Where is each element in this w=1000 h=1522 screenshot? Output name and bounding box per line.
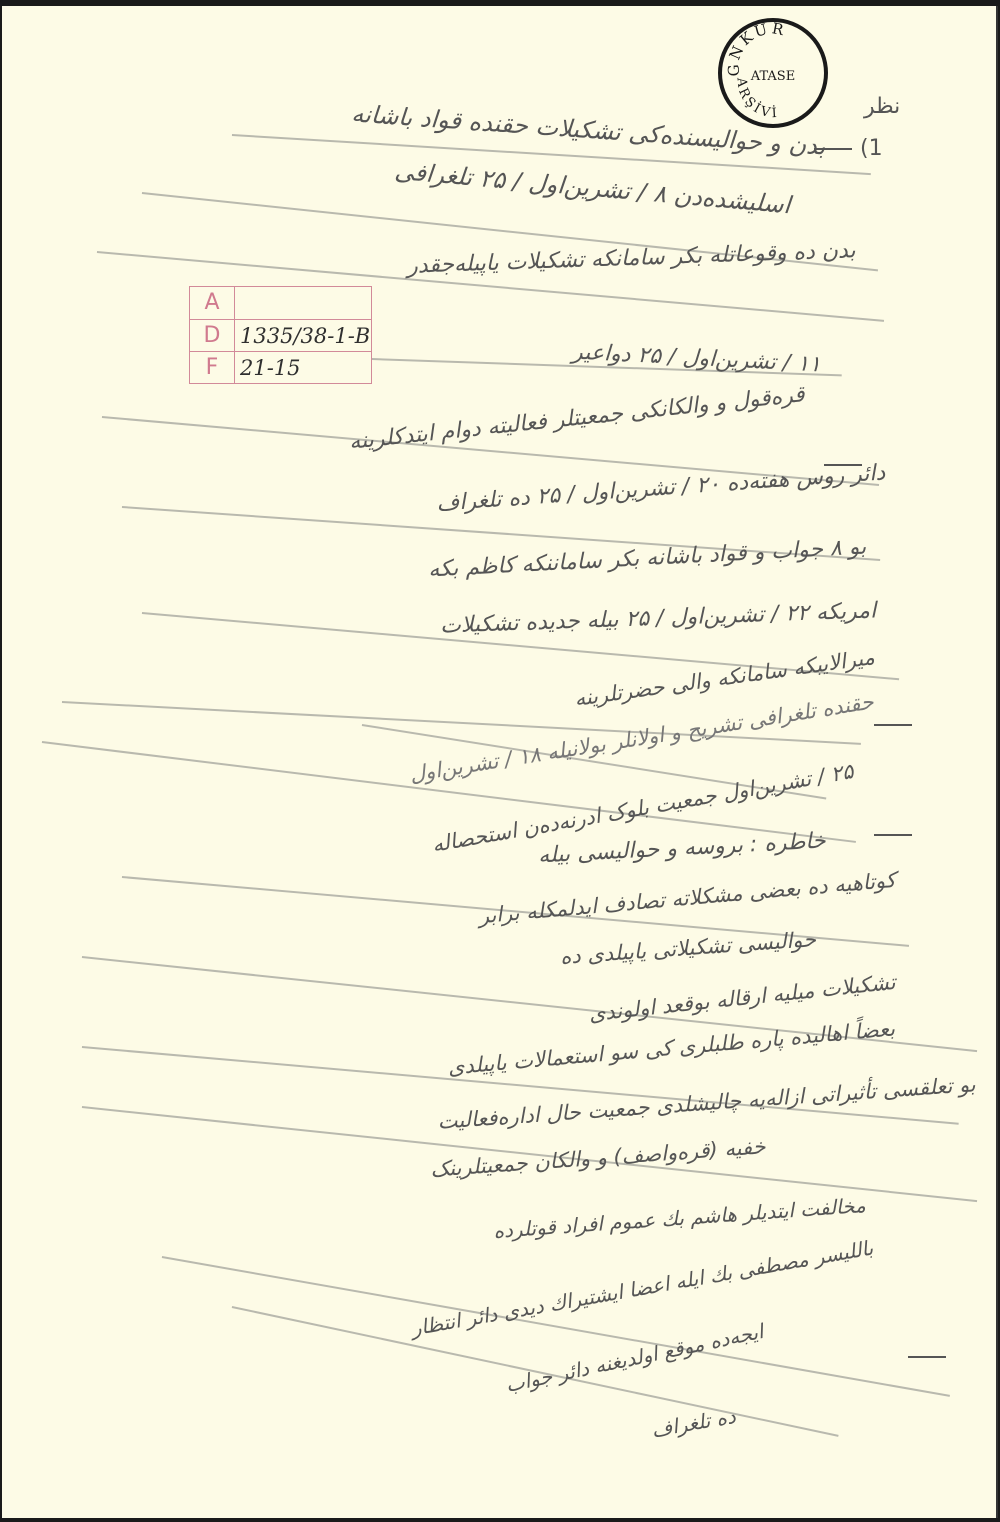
margin-note: نظر bbox=[864, 94, 900, 119]
handwritten-line: دائر روس هفته‌ده ۲۰ / تشرین‌اول / ۲۵ ده … bbox=[436, 460, 886, 516]
archive-stamp: GNKUR ATASE ARŞİVİ bbox=[718, 18, 828, 128]
margin-number: (1 bbox=[860, 136, 883, 161]
archive-value: 1335/38-1-B bbox=[240, 320, 370, 352]
archive-value: 21-15 bbox=[240, 352, 301, 384]
handwritten-line: ایجه‌ده موقع اولدیغنه دائر جواب bbox=[504, 1319, 766, 1397]
margin-dash bbox=[874, 834, 912, 836]
handwritten-line: قره‌قول و والکانکی جمعیتلر فعالیته دوام … bbox=[348, 382, 806, 455]
handwritten-line: خفیه (قره‌واصف) و والکان جمعیتلرینک bbox=[430, 1134, 767, 1181]
handwritten-line: بعضاً اهالیده پاره طلبلری کی سو استعمالا… bbox=[447, 1016, 896, 1079]
archive-row-f: F 21-15 bbox=[190, 351, 371, 384]
document-page: GNKUR ATASE ARŞİVİ A D 1335/38-1-B F 21-… bbox=[2, 6, 998, 1518]
handwritten-line: بو تعلقسی تأثیراتی ازاله‌یه چالیشلدی جمع… bbox=[437, 1072, 977, 1134]
archive-row-d: D 1335/38-1-B bbox=[190, 319, 371, 352]
handwritten-line: ۱۱ / تشرین‌اول / ۲۵ دواعیر bbox=[572, 340, 822, 378]
handwritten-line: کوتاهیه ده بعضی مشکلاته تصادف ایدلمکله ب… bbox=[477, 868, 896, 928]
margin-dash bbox=[874, 724, 912, 726]
stamp-center-text: ATASE bbox=[750, 69, 795, 84]
archive-letter: F bbox=[190, 352, 235, 384]
handwritten-line: خاطره : بروسه و حوالیسی بیله bbox=[538, 828, 827, 868]
archive-reference-box: A D 1335/38-1-B F 21-15 bbox=[189, 286, 372, 384]
archive-letter: A bbox=[190, 287, 235, 319]
handwritten-line: تشکیلات میلیه ارقاله بوقعد اولوندی bbox=[587, 970, 896, 1026]
handwritten-line: ده تلغراف bbox=[650, 1404, 738, 1442]
archive-letter: D bbox=[190, 320, 235, 352]
handwritten-line: حوالیسی تشکیلاتی یاپیلدی ده bbox=[559, 927, 816, 969]
handwritten-line: امریکه ۲۲ / تشرین‌اول / ۲۵ بیله جدیده تش… bbox=[439, 598, 876, 638]
archive-row-a: A bbox=[190, 287, 371, 319]
margin-dash bbox=[908, 1356, 946, 1358]
handwritten-line: باللیسر مصطفی بك ایله اعضا ایشتیراك دیدی… bbox=[409, 1236, 874, 1341]
handwritten-line: مخالفت ایتدیلر هاشم بك عموم افراد قوتلرد… bbox=[493, 1193, 867, 1243]
